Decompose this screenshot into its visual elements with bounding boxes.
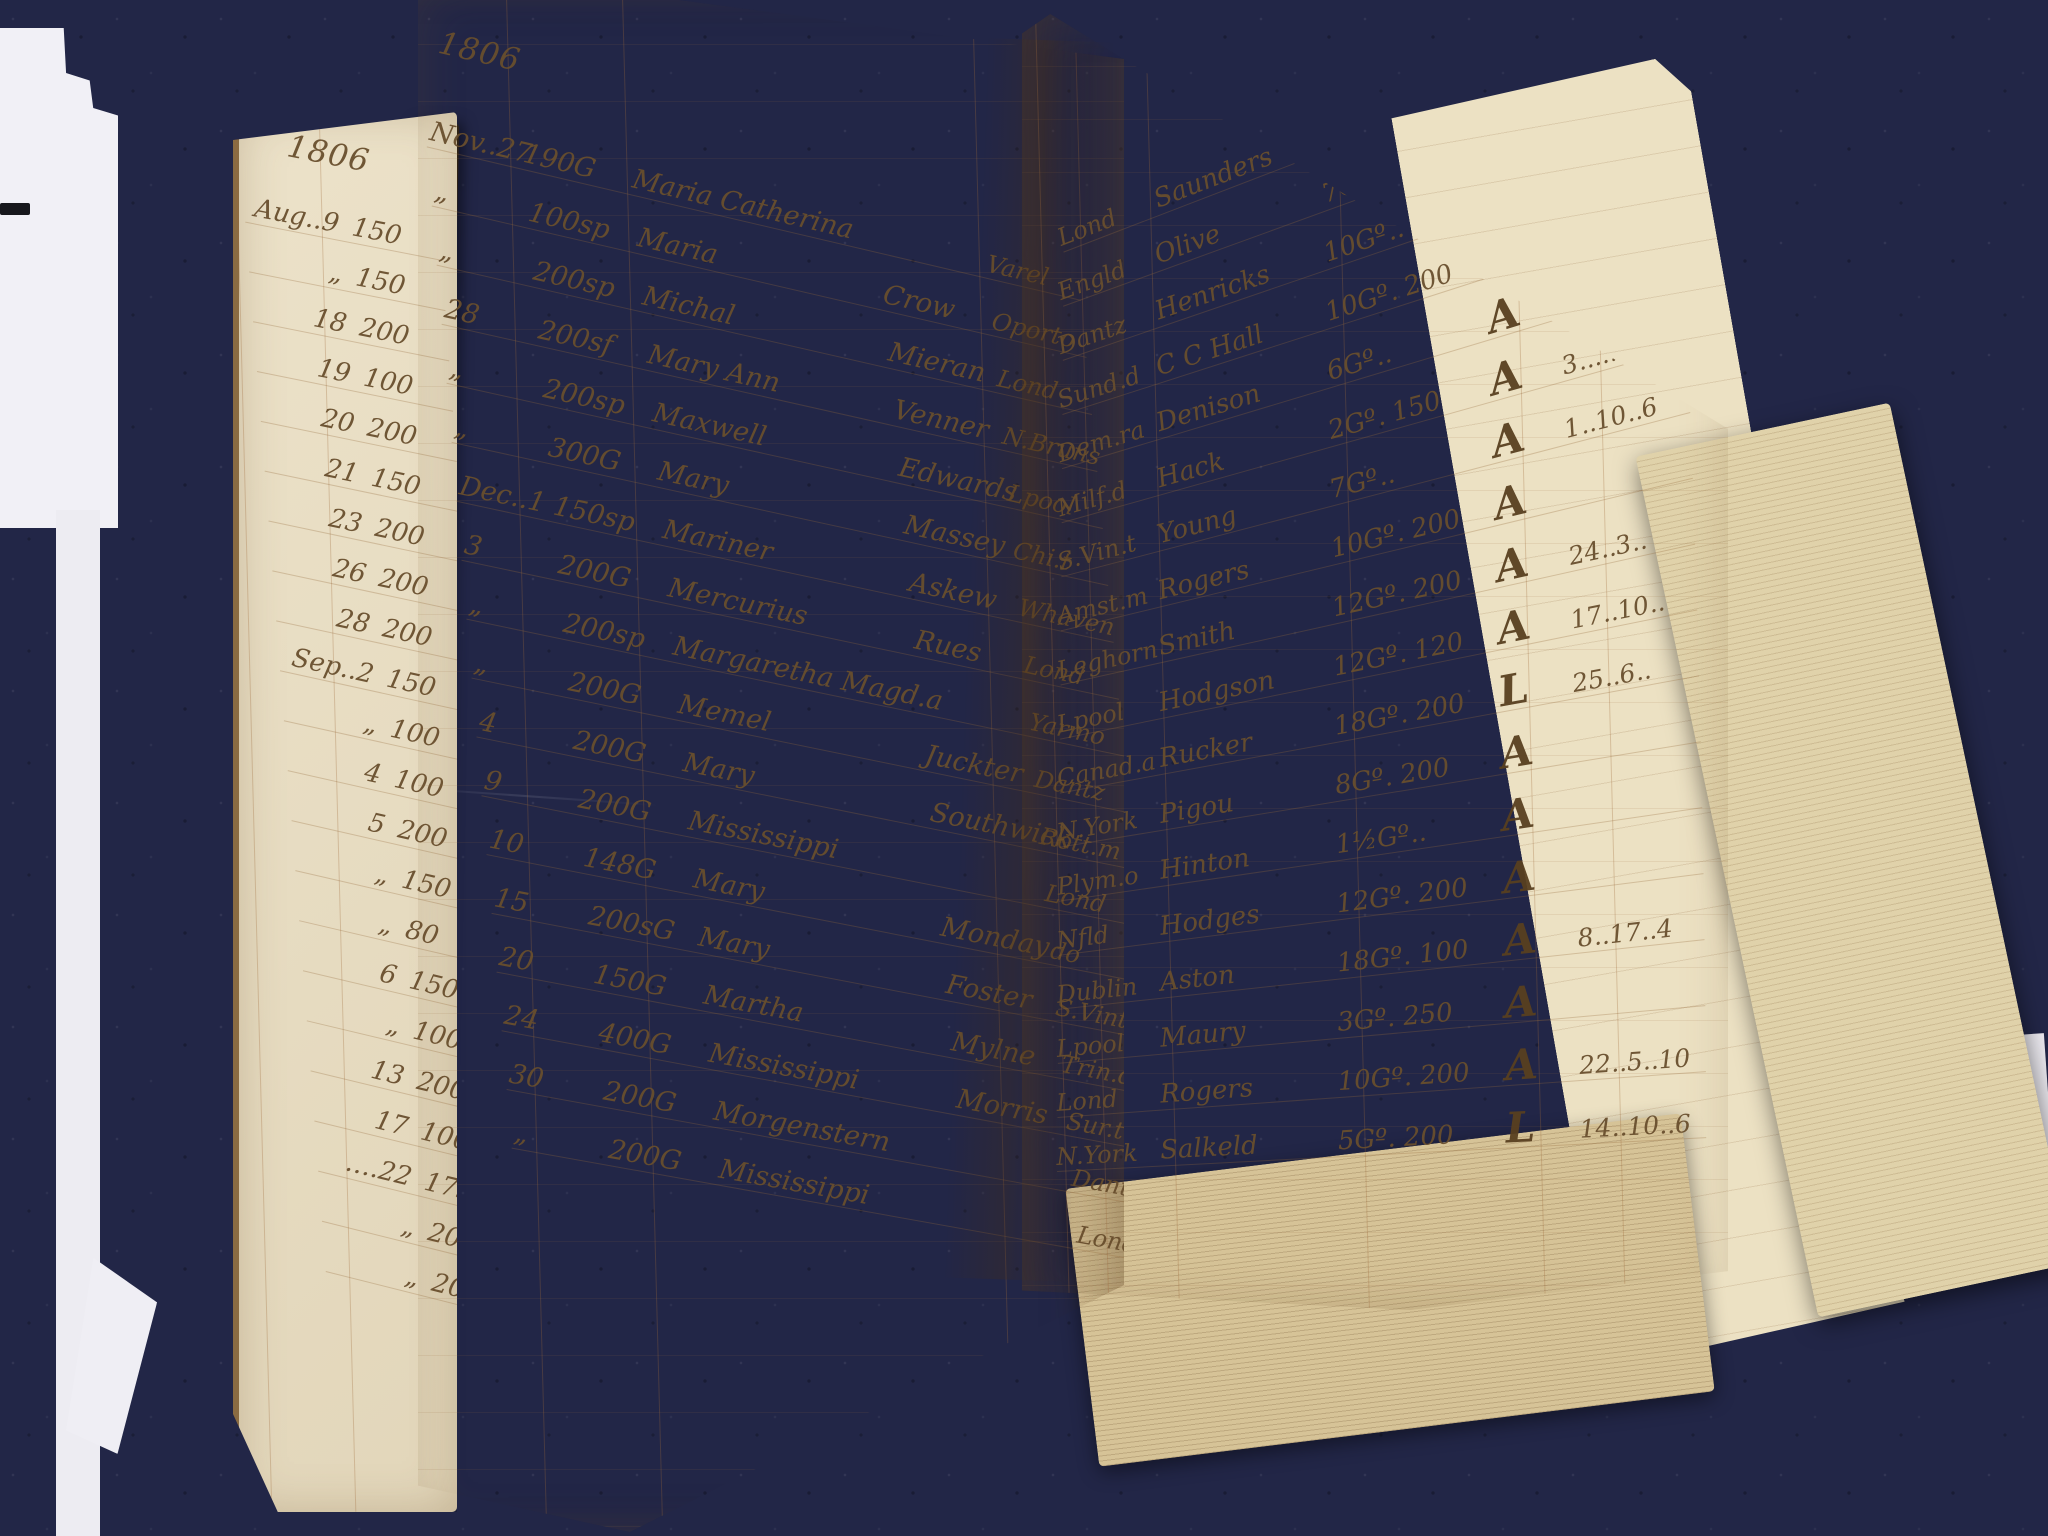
- ledger-monogram: L: [1496, 661, 1576, 712]
- entry-date: „: [512, 1117, 612, 1164]
- ledger-monogram: A: [1492, 534, 1572, 587]
- entry-date: „: [326, 1242, 428, 1295]
- ledger-monogram: A: [1503, 979, 1580, 1023]
- amount-pounds-shillings-pence: [1580, 1005, 1706, 1016]
- ledger-monogram: A: [1499, 788, 1578, 836]
- amount-pounds-shillings-pence: [1578, 873, 1703, 889]
- ledger-monogram: A: [1504, 1042, 1580, 1085]
- freight-quantity: 3Gº. 250: [1336, 993, 1506, 1038]
- year-heading-left: 1806: [284, 128, 372, 179]
- dark-clip-on-paper: [0, 203, 30, 215]
- destination-port: N.York: [1056, 1138, 1161, 1171]
- center-page-rows: Nov..27 190G Maria Catherina Varel „ 100…: [432, 90, 1104, 1134]
- amount-pounds-shillings-pence: 14..10..6: [1579, 1108, 1706, 1144]
- ledger-center-page: 1806 Nov..27 190G Maria Catherina Varel …: [418, 0, 1124, 1532]
- amount-pounds-shillings-pence: 8..17..4: [1576, 910, 1704, 952]
- ledger-monogram: L: [1504, 1106, 1580, 1148]
- entry-quantity: 200G: [606, 1134, 722, 1184]
- photo-of-ledger: { "scene": { "description": "Open handwr…: [0, 0, 2048, 1536]
- ledger-monogram: A: [1489, 471, 1570, 525]
- ledger-monogram: A: [1497, 724, 1576, 773]
- freight-quantity: 10Gº. 200: [1337, 1055, 1507, 1097]
- consignee-name: Salkeld: [1159, 1126, 1338, 1165]
- destination-port: Lond: [1055, 1082, 1161, 1117]
- freight-quantity: 5Gº. 200: [1337, 1118, 1506, 1157]
- ledger-monogram: A: [1502, 915, 1580, 961]
- year-heading-center: 1806: [435, 25, 524, 79]
- ledger-monogram: A: [1500, 851, 1578, 898]
- ship-name: Mississippi: [717, 1154, 971, 1229]
- ledger-monogram: A: [1494, 597, 1574, 649]
- consignee-name: Rogers: [1159, 1067, 1339, 1109]
- ledger-monogram: A: [1487, 407, 1568, 462]
- amount-pounds-shillings-pence: 22..5..10: [1578, 1042, 1706, 1080]
